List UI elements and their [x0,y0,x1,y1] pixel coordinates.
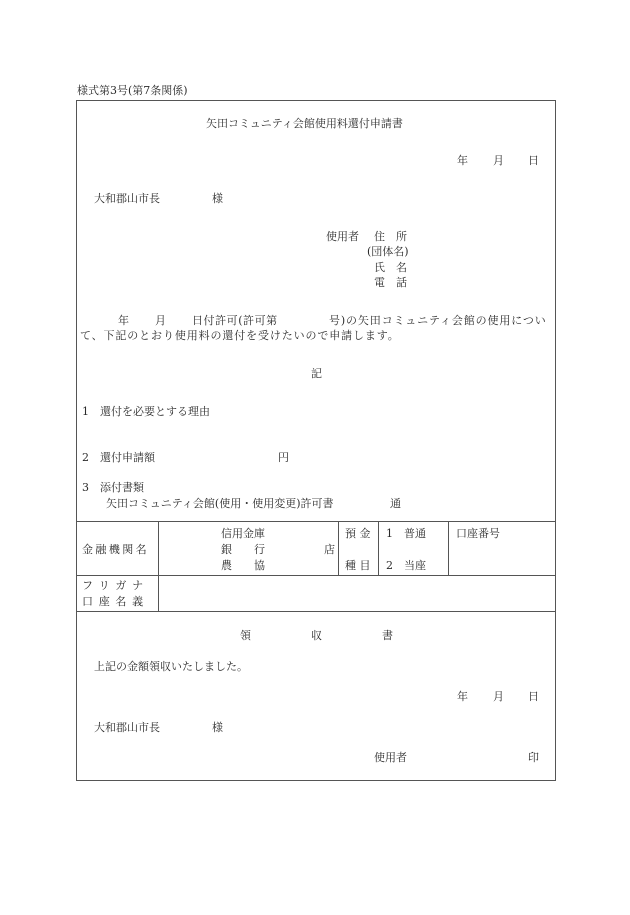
form-number: 様式第3号(第7条関係) [77,85,188,96]
receipt-date-year: 年 [457,691,468,702]
item-3-label: 添付書類 [100,482,144,493]
table-mid-border [76,575,556,576]
applicant-phone-label: 電 話 [374,277,407,288]
receipt-date-day: 日 [528,691,539,702]
table-col-divider-2 [338,521,339,575]
institution-type-bank: 銀 行 [221,544,265,555]
item-2-label: 還付申請額 [100,452,155,463]
deposit-option-ordinary: 1 普通 [386,528,426,539]
receipt-addressee-name: 大和郡山市長 [94,722,160,733]
table-top-border [76,521,556,522]
deposit-type-label-top: 預 金 [345,528,371,539]
addressee-name: 大和郡山市長 [94,193,160,204]
date-day: 日 [528,155,539,166]
institution-label: 金融機関名 [82,544,149,555]
receipt-statement: 上記の金額領収いたしました。 [94,661,248,672]
institution-type-nokyo: 農 協 [221,560,265,571]
applicant-address-label: 住 所 [374,231,407,242]
furigana-label: フ リ ガ ナ [82,580,144,591]
table-col-divider-4 [448,521,449,575]
item-3-attachment: 矢田コミュニティ会館(使用・使用変更)許可書 [106,498,333,509]
item-1-label: 還付を必要とする理由 [100,406,210,417]
item-3-number: 3 [82,482,89,493]
notes-heading: 記 [311,368,322,379]
body-permit-number: 号)の矢田コミュニティ会館の使用につい [329,315,547,326]
receipt-title-char-1: 領 [240,630,251,641]
table-bottom-border [76,611,556,612]
receipt-title-char-3: 書 [382,630,393,641]
table-col-divider-1 [158,521,159,611]
seal-mark: 印 [528,752,539,763]
item-3-unit: 通 [390,498,401,509]
applicant-label: 使用者 [326,231,359,242]
branch-suffix: 店 [324,544,335,555]
body-permit-date: 日付許可(許可第 [192,315,278,326]
receipt-addressee-honorific: 様 [212,722,223,733]
account-holder-label: 口 座 名 義 [82,596,144,607]
applicant-group-label: (団体名) [367,246,409,257]
item-2-number: 2 [82,452,89,463]
item-2-unit: 円 [278,452,289,463]
date-year: 年 [457,155,468,166]
date-month: 月 [493,155,504,166]
applicant-name-label: 氏 名 [374,262,407,273]
account-number-label: 口座番号 [456,528,500,539]
receipt-title-char-2: 収 [311,630,322,641]
deposit-type-label-bottom: 種 目 [345,560,371,571]
institution-type-shinkin: 信用金庫 [221,528,265,539]
item-1-number: 1 [82,406,89,417]
form-title: 矢田コミュニティ会館使用料還付申請書 [206,118,403,129]
body-month: 月 [155,315,166,326]
body-year: 年 [118,315,129,326]
receipt-user-label: 使用者 [374,752,407,763]
receipt-date-month: 月 [493,691,504,702]
deposit-option-checking: 2 当座 [386,560,426,571]
addressee-honorific: 様 [212,193,223,204]
table-col-divider-3 [378,521,379,575]
body-request: て、下記のとおり使用料の還付を受けたいので申請します。 [80,330,400,341]
